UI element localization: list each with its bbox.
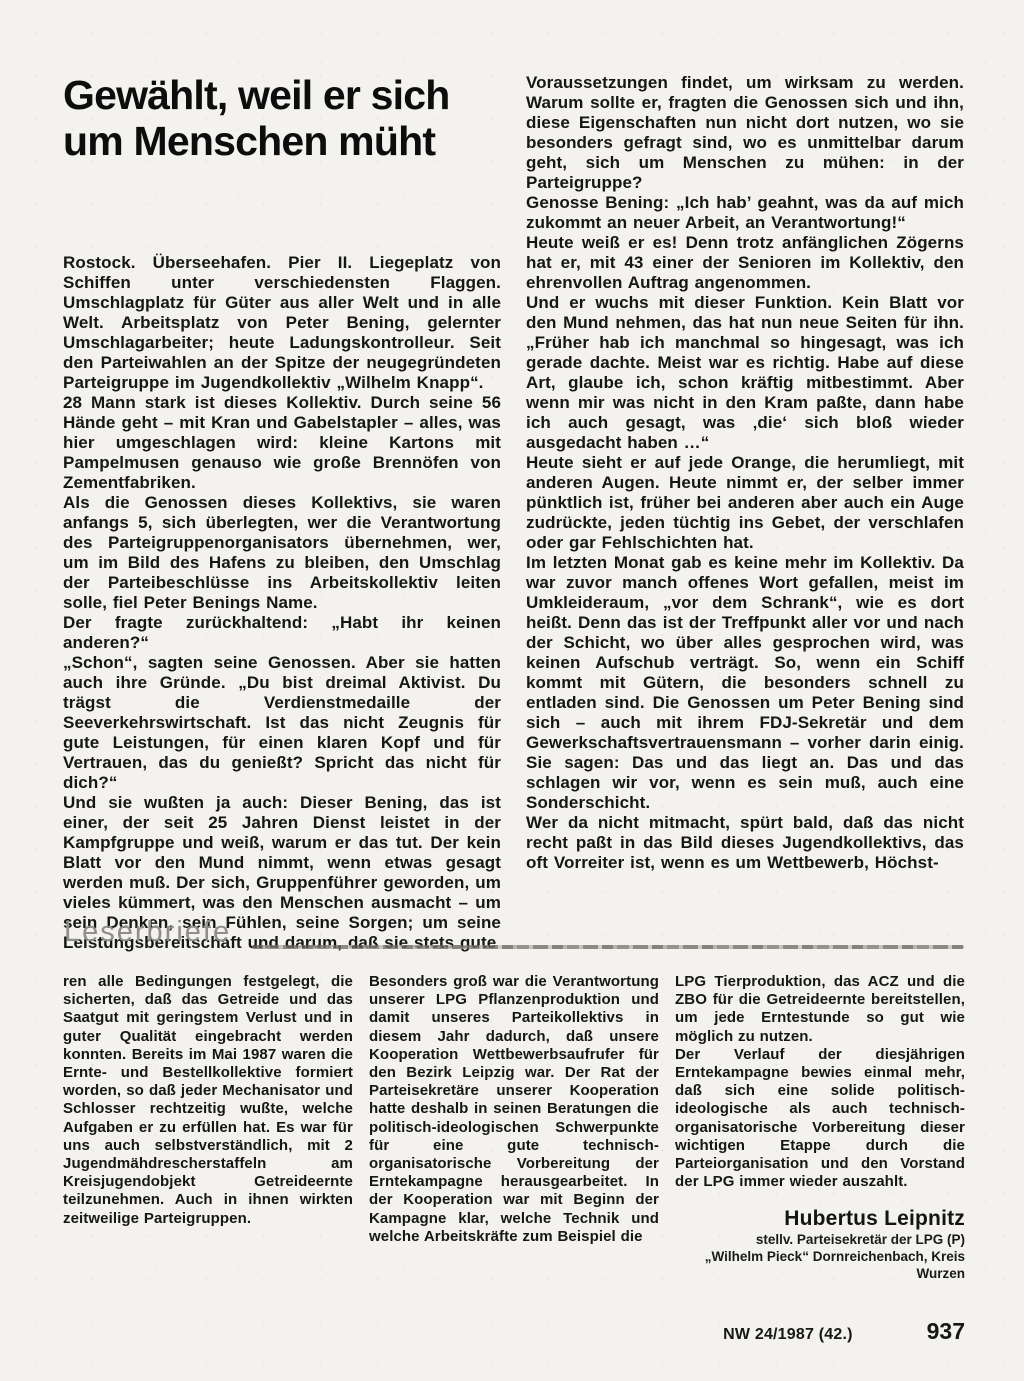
signature-credit-line: „Wilhelm Pieck“ Dornreichenbach, Kreis [675,1248,965,1265]
section-divider-rule [252,945,964,949]
article-headline: Gewählt, weil er sich um Menschen müht [63,73,501,165]
letters-column-1: ren alle Bedingungen festgelegt, die sic… [63,973,353,1282]
leserbriefe-section: ren alle Bedingungen festgelegt, die sic… [63,973,965,1282]
article-paragraph: Als die Genossen dieses Kollektivs, sie … [63,493,501,613]
page-footer: NW 24/1987 (42.) 937 [63,1318,965,1345]
article-column-right: Voraussetzungen findet, um wirksam zu we… [526,73,964,953]
article-paragraph: Voraussetzungen findet, um wirksam zu we… [526,73,964,193]
article-paragraph: Und er wuchs mit dieser Funktion. Kein B… [526,293,964,453]
article-paragraph: Heute sieht er auf jede Orange, die heru… [526,453,964,553]
letter-paragraph: LPG Tierproduktion, das ACZ und die ZBO … [675,973,965,1046]
magazine-page: Gewählt, weil er sich um Menschen müht R… [0,0,1024,1381]
signature-credit-line: Wurzen [675,1265,965,1282]
article-paragraph: 28 Mann stark ist dieses Kollektiv. Durc… [63,393,501,493]
leserbriefe-heading: Leserbriefe [64,916,231,949]
letter-paragraph: Besonders groß war die Verantwortung uns… [369,973,659,1246]
letters-column-3: LPG Tierproduktion, das ACZ und die ZBO … [675,973,965,1282]
article-paragraph: Der fragte zurückhaltend: „Habt ihr kein… [63,613,501,653]
article-body-right: Voraussetzungen findet, um wirksam zu we… [526,73,964,873]
article-top-section: Gewählt, weil er sich um Menschen müht R… [63,73,965,953]
headline-line-1: Gewählt, weil er sich [63,73,501,119]
article-paragraph: Wer da nicht mitmacht, spürt bald, daß d… [526,813,964,873]
article-column-left: Gewählt, weil er sich um Menschen müht R… [63,73,501,953]
article-paragraph: „Schon“, sagten seine Genossen. Aber sie… [63,653,501,793]
letters-column-2: Besonders groß war die Verantwortung uns… [369,973,659,1282]
article-paragraph: Heute weiß er es! Denn trotz anfängliche… [526,233,964,293]
article-paragraph: Rostock. Überseehafen. Pier II. Liegepla… [63,253,501,393]
article-body-left: Rostock. Überseehafen. Pier II. Liegepla… [63,253,501,953]
article-paragraph: Im letzten Monat gab es keine mehr im Ko… [526,553,964,813]
signature-name: Hubertus Leipnitz [675,1207,965,1231]
footer-page-number: 937 [927,1318,965,1345]
footer-issue-label: NW 24/1987 (42.) [723,1326,852,1344]
article-paragraph: Genosse Bening: „Ich hab’ geahnt, was da… [526,193,964,233]
headline-line-2: um Menschen müht [63,119,501,165]
letter-signature: Hubertus Leipnitz stellv. Parteisekretär… [675,1207,965,1282]
signature-credit-line: stellv. Parteisekretär der LPG (P) [675,1231,965,1248]
letter-paragraph: ren alle Bedingungen festgelegt, die sic… [63,973,353,1228]
letter-paragraph: Der Verlauf der diesjährigen Erntekampag… [675,1046,965,1192]
